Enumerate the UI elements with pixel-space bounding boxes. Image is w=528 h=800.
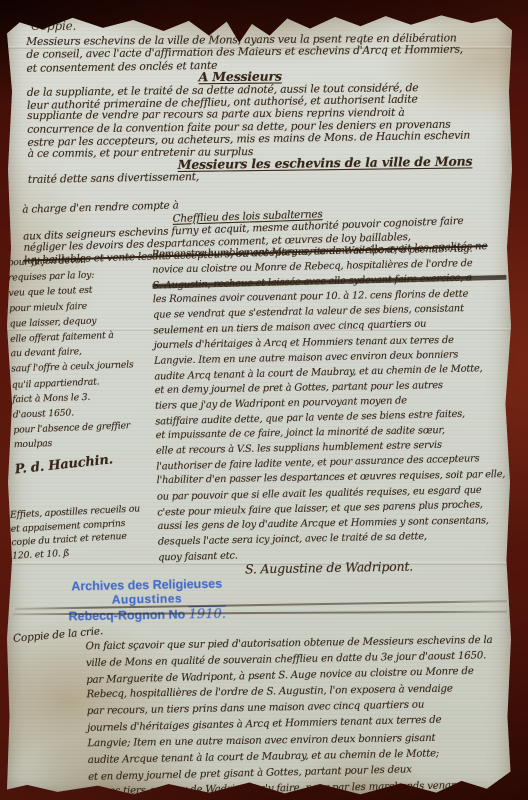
requester-signature: S. Augustine de Wadripont.: [245, 559, 413, 577]
stamp-inventory-number: 1910.: [189, 607, 226, 623]
supplication-body-text: Remonstre humblement Marguerite de Wadri…: [152, 240, 513, 564]
margin-annotations-costs: Effiets, apostilles recueils ouet appais…: [10, 501, 163, 563]
petition-decree-text: Messieurs eschevins de la ville de Mons,…: [26, 31, 498, 186]
manuscript-line: traité dette sans divertissement,: [28, 167, 498, 187]
manuscript-photo: Coppie. 4 Messieurs eschevins de la vill…: [0, 0, 528, 800]
public-sale-notice-text: On faict sçavoir que sur pied d'autorisa…: [85, 632, 506, 800]
margin-annotations: pour façon devoirrequises par la loy:veu…: [7, 251, 160, 473]
copy-annotation: Coppie.: [31, 19, 76, 33]
stamp-series-label: Rebecq-Rognon No: [68, 607, 185, 623]
manuscript-paper: Coppie. 4 Messieurs eschevins de la vill…: [7, 13, 512, 795]
page-number-mark: 4: [238, 9, 251, 28]
archive-stamp: Archives des Religieuses Augustines Rebe…: [37, 576, 258, 625]
